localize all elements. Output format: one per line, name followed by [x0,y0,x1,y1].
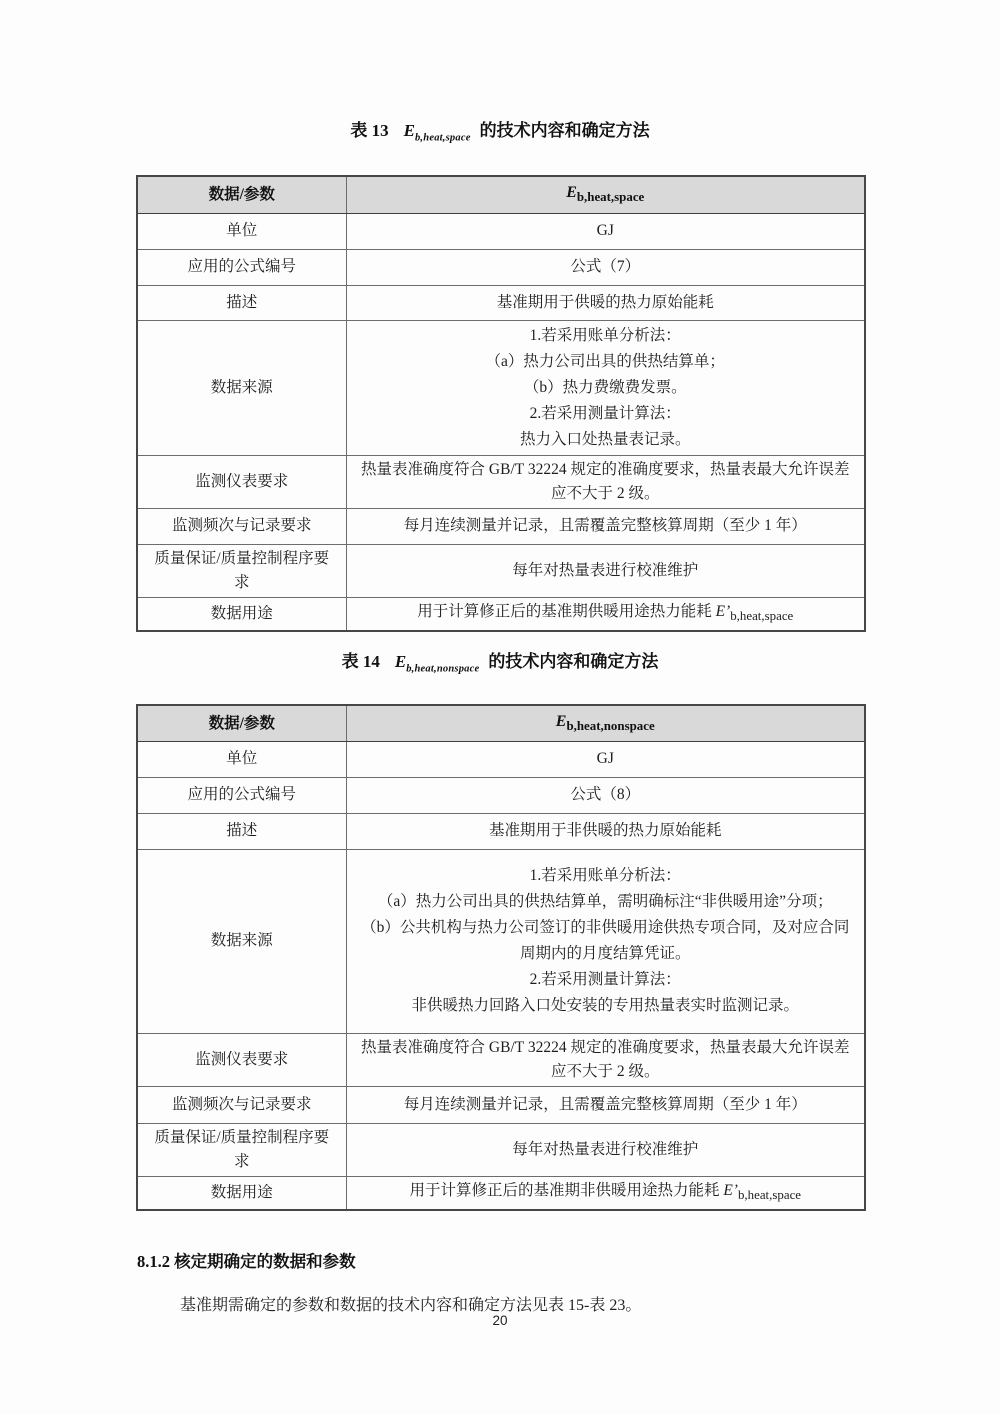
source-line: 2.若采用测量计算法： [357,967,855,993]
row-label: 应用的公式编号 [137,777,346,813]
table14-caption: 表 14Eb,heat,nonspace的技术内容和确定方法 [0,649,1000,682]
row-value: GJ [346,213,865,249]
document-page: 表 13Eb,heat,space的技术内容和确定方法 数据/参数 Eb,hea… [0,0,1000,1414]
row-value: 公式（7） [346,249,865,285]
source-line: 非供暖热力回路入口处安装的专用热量表实时监测记录。 [357,993,855,1019]
row-label: 监测频次与记录要求 [137,1086,346,1123]
table13-caption-number: 表 13 [350,121,388,140]
table-row-frequency: 监测频次与记录要求 每月连续测量并记录，且需覆盖完整核算周期（至少 1 年） [137,1086,865,1123]
source-line: （b）热力费缴费发票。 [357,375,855,401]
table-row-meter-requirement: 监测仪表要求 热量表准确度符合 GB/T 32224 规定的准确度要求，热量表最… [137,455,865,508]
source-line: 1.若采用账单分析法： [357,323,855,349]
row-value: 1.若采用账单分析法： （a）热力公司出具的供热结算单，需明确标注“非供暖用途”… [346,849,865,1033]
table13-caption-suffix: 的技术内容和确定方法 [480,121,650,140]
row-value: 每年对热量表进行校准维护 [346,544,865,597]
row-label: 单位 [137,741,346,777]
row-value: 热量表准确度符合 GB/T 32224 规定的准确度要求，热量表最大允许误差应不… [346,455,865,508]
row-label: 应用的公式编号 [137,249,346,285]
table14-caption-number: 表 14 [342,652,380,671]
row-label: 数据用途 [137,597,346,631]
page-number: 20 [0,1313,1000,1328]
table-row-description: 描述 基准期用于供暖的热力原始能耗 [137,285,865,320]
usage-symbol: E’b,heat,space [716,603,794,620]
source-line: 2.若采用测量计算法： [357,401,855,427]
table-row-meter-requirement: 监测仪表要求 热量表准确度符合 GB/T 32224 规定的准确度要求，热量表最… [137,1033,865,1086]
header-cell-parameter: 数据/参数 [137,176,346,213]
row-value: GJ [346,741,865,777]
table13-caption-symbol: Eb,heat,space [404,121,471,140]
row-label: 监测频次与记录要求 [137,508,346,544]
table-row-unit: 单位 GJ [137,213,865,249]
header-cell-symbol: Eb,heat,space [346,176,865,213]
table-row-data-source: 数据来源 1.若采用账单分析法： （a）热力公司出具的供热结算单，需明确标注“非… [137,849,865,1033]
table-row-formula: 应用的公式编号 公式（7） [137,249,865,285]
row-value: 每月连续测量并记录，且需覆盖完整核算周期（至少 1 年） [346,1086,865,1123]
table13-caption: 表 13Eb,heat,space的技术内容和确定方法 [0,118,1000,151]
table-row-usage: 数据用途 用于计算修正后的基准期供暖用途热力能耗 E’b,heat,space [137,597,865,631]
row-label: 数据来源 [137,320,346,455]
row-label: 单位 [137,213,346,249]
row-value: 热量表准确度符合 GB/T 32224 规定的准确度要求，热量表最大允许误差应不… [346,1033,865,1086]
row-value: 基准期用于供暖的热力原始能耗 [346,285,865,320]
table-row-usage: 数据用途 用于计算修正后的基准期非供暖用途热力能耗 E’b,heat,space [137,1176,865,1210]
source-line: 1.若采用账单分析法： [357,863,855,889]
source-line: （a）热力公司出具的供热结算单； [357,349,855,375]
row-value: 每年对热量表进行校准维护 [346,1123,865,1176]
table-row-qa: 质量保证/质量控制程序要求 每年对热量表进行校准维护 [137,1123,865,1176]
usage-symbol: E’b,heat,space [723,1182,801,1199]
table-header-row: 数据/参数 Eb,heat,nonspace [137,705,865,741]
table-row-data-source: 数据来源 1.若采用账单分析法： （a）热力公司出具的供热结算单； （b）热力费… [137,320,865,455]
row-label: 监测仪表要求 [137,1033,346,1086]
table-row-description: 描述 基准期用于非供暖的热力原始能耗 [137,813,865,849]
table14-caption-suffix: 的技术内容和确定方法 [488,652,658,671]
table14-caption-symbol: Eb,heat,nonspace [395,652,480,671]
table-row-frequency: 监测频次与记录要求 每月连续测量并记录，且需覆盖完整核算周期（至少 1 年） [137,508,865,544]
row-value: 基准期用于非供暖的热力原始能耗 [346,813,865,849]
source-line: （a）热力公司出具的供热结算单，需明确标注“非供暖用途”分项； [357,889,855,915]
row-label: 监测仪表要求 [137,455,346,508]
row-value: 1.若采用账单分析法： （a）热力公司出具的供热结算单； （b）热力费缴费发票。… [346,320,865,455]
table14: 数据/参数 Eb,heat,nonspace 单位 GJ 应用的公式编号 公式（… [136,704,866,1211]
table-row-unit: 单位 GJ [137,741,865,777]
row-label: 数据来源 [137,849,346,1033]
row-label: 描述 [137,285,346,320]
source-line: 热力入口处热量表记录。 [357,427,855,453]
header-cell-parameter: 数据/参数 [137,705,346,741]
table-row-qa: 质量保证/质量控制程序要求 每年对热量表进行校准维护 [137,544,865,597]
row-label: 描述 [137,813,346,849]
row-value: 用于计算修正后的基准期非供暖用途热力能耗 E’b,heat,space [346,1176,865,1210]
row-value: 用于计算修正后的基准期供暖用途热力能耗 E’b,heat,space [346,597,865,631]
page-content: 表 13Eb,heat,space的技术内容和确定方法 数据/参数 Eb,hea… [0,0,1000,1319]
row-label: 质量保证/质量控制程序要求 [137,1123,346,1176]
row-value: 每月连续测量并记录，且需覆盖完整核算周期（至少 1 年） [346,508,865,544]
table13: 数据/参数 Eb,heat,space 单位 GJ 应用的公式编号 公式（7） … [136,175,866,632]
source-line: （b）公共机构与热力公司签订的非供暖用途供热专项合同，及对应合同周期内的月度结算… [357,915,855,967]
header-cell-symbol: Eb,heat,nonspace [346,705,865,741]
row-label: 质量保证/质量控制程序要求 [137,544,346,597]
row-label: 数据用途 [137,1176,346,1210]
table-row-formula: 应用的公式编号 公式（8） [137,777,865,813]
section-heading: 8.1.2 核定期确定的数据和参数 [137,1248,1000,1272]
row-value: 公式（8） [346,777,865,813]
table-header-row: 数据/参数 Eb,heat,space [137,176,865,213]
